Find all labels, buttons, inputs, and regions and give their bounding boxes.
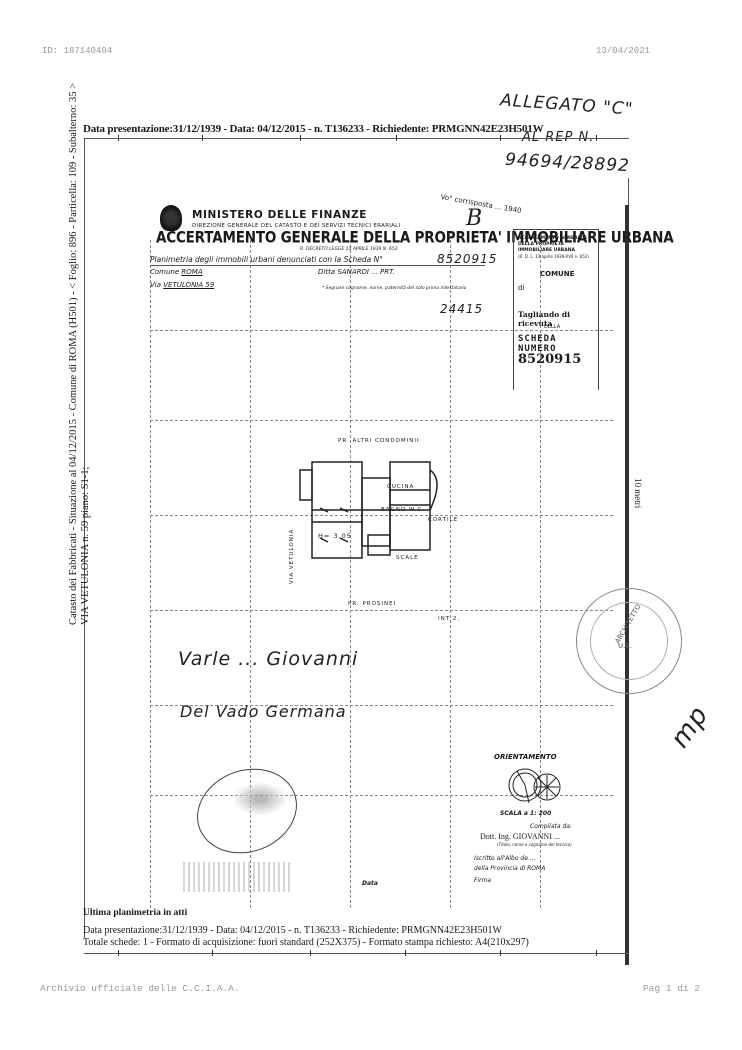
allegato-annotation: ALLEGATO "C": [499, 90, 634, 119]
tick: [202, 135, 203, 141]
document-date: 13/04/2021: [596, 46, 650, 56]
format-metadata: Totale schede: 1 - Formato di acquisizio…: [83, 937, 529, 948]
document-id: ID: 187140404: [42, 46, 112, 56]
bottom-border-line: [84, 953, 629, 954]
receipt-comune-label: COMUNE: [540, 270, 574, 278]
plan-label-bagno: BAGNO W.C.: [381, 507, 425, 513]
tick: [118, 135, 119, 141]
province-label: della Provincia di ROMA: [474, 865, 545, 872]
via-value: VETULONIA 59: [163, 281, 214, 289]
planimetria-label: Planimetria degli immobili urbani denunc…: [150, 255, 383, 264]
faded-stamp: [183, 862, 293, 892]
ditta-field: Ditta SANARDI ... PRT.: [318, 268, 395, 276]
receipt-scheda-label: SCHEDA NUMERO: [518, 334, 598, 354]
receipt-decree: (R. D. L. 13 aprile 1939-XVII n. 652): [518, 254, 589, 259]
planimetria-underline: [150, 265, 485, 266]
via-field: Via VETULONIA 59: [150, 281, 214, 289]
tick: [500, 135, 501, 141]
tick: [396, 135, 397, 141]
receipt-stub: ACCERTAMENTO GENERALE DELLA PROPRIETÀ IM…: [513, 229, 599, 390]
ditta-label: Ditta: [318, 268, 335, 276]
compiler-note: (Titolo, nome e cognome del tecnico): [497, 842, 572, 847]
stamp-ue-text: U.E.: [618, 642, 632, 650]
register-label: Iscritto all'Albo de ...: [474, 855, 536, 862]
tick: [118, 950, 119, 956]
plan-label-height: H= 3.05: [318, 532, 352, 540]
margin-signature: mp: [665, 700, 715, 753]
scale-label: 10 metri: [633, 478, 643, 508]
tick: [596, 950, 597, 956]
comune-value: ROMA: [181, 268, 202, 276]
via-label: Via: [150, 281, 161, 289]
last-plan-label: Ultima planimetria in atti: [83, 908, 187, 918]
grid-line: [350, 240, 351, 910]
orientation-label: ORIENTAMENTO: [494, 753, 557, 761]
tick: [310, 950, 311, 956]
compiler-name: Dott. Ing. GIOVANNI ...: [480, 832, 560, 841]
cadastral-reference: Catasto dei Fabbricati - Situazione al 0…: [68, 83, 79, 625]
data-label: Data: [362, 880, 378, 887]
form-footnote: * Segnare cognome, nome, paternità del s…: [322, 286, 466, 291]
floor-plan-drawing: [290, 450, 450, 565]
ditta-value: SANARDI ... PRT.: [337, 268, 394, 276]
address-floor: VIA VETULONIA n. 59 piano: S1-1;: [80, 467, 91, 625]
republic-emblem-icon: [160, 205, 182, 231]
receipt-title: ACCERTAMENTO GENERALE DELLA PROPRIETÀ IM…: [518, 236, 594, 254]
receipt-scheda-number: 8520915: [518, 352, 581, 367]
page-indicator: Pag 1 di 2: [643, 983, 700, 994]
signature-owner-1: Varle ... Giovanni: [178, 648, 358, 670]
comune-label: Comune: [150, 268, 179, 276]
plan-label-int: INT 2.: [438, 616, 460, 622]
tick: [212, 950, 213, 956]
ministry-title: MINISTERO DELLE FINANZE: [192, 209, 367, 221]
scale-ratio: SCALA a 1: 200: [500, 810, 551, 817]
compiled-by-label: Compilata da:: [530, 823, 572, 830]
tick: [300, 135, 301, 141]
plan-label-top: PR. ALTRI CONDOMINII: [338, 438, 420, 444]
comune-field: Comune ROMA: [150, 268, 203, 276]
tick: [405, 950, 406, 956]
rep-numbers-annotation: 94694/28892: [505, 150, 631, 177]
tick: [500, 950, 501, 956]
scheda-number-handwritten: 8520915: [437, 252, 497, 266]
presentation-metadata-bottom: Data presentazione:31/12/1939 - Data: 04…: [83, 925, 502, 936]
compass-icon: [505, 765, 565, 807]
plan-label-cucina: CUCINA: [387, 484, 414, 490]
plan-label-street: VIA VETULONIA: [289, 529, 295, 584]
receipt-di-label: di: [518, 284, 524, 292]
signature-owner-2: Del Vado Germana: [180, 702, 347, 721]
archive-label: Archivio ufficiale delle C.C.I.A.A.: [40, 983, 240, 994]
plan-label-bottom: PR. PROSINEI: [348, 601, 396, 607]
presentation-metadata-top: Data presentazione:31/12/1939 - Data: 04…: [83, 123, 543, 135]
grid-line: [450, 240, 451, 910]
grid-line: [150, 240, 151, 910]
right-thick-border: [625, 205, 629, 965]
top-border-line: [84, 138, 629, 139]
stamp-letter: B: [466, 206, 483, 231]
plan-label-scale: SCALE: [396, 555, 419, 561]
decree-reference: R. DECRETO LEGGE 13 APRILE 1939 N. 652: [300, 247, 398, 252]
ink-smudge: [232, 782, 288, 816]
grid-line: [150, 420, 615, 421]
tick: [596, 135, 597, 141]
grid-line: [150, 610, 615, 611]
handwritten-reference: 24415: [440, 302, 483, 316]
plan-label-cortile: CORTILE: [428, 517, 458, 523]
firma-label: Firma: [474, 877, 491, 884]
receipt-della: DELLA: [544, 324, 560, 330]
